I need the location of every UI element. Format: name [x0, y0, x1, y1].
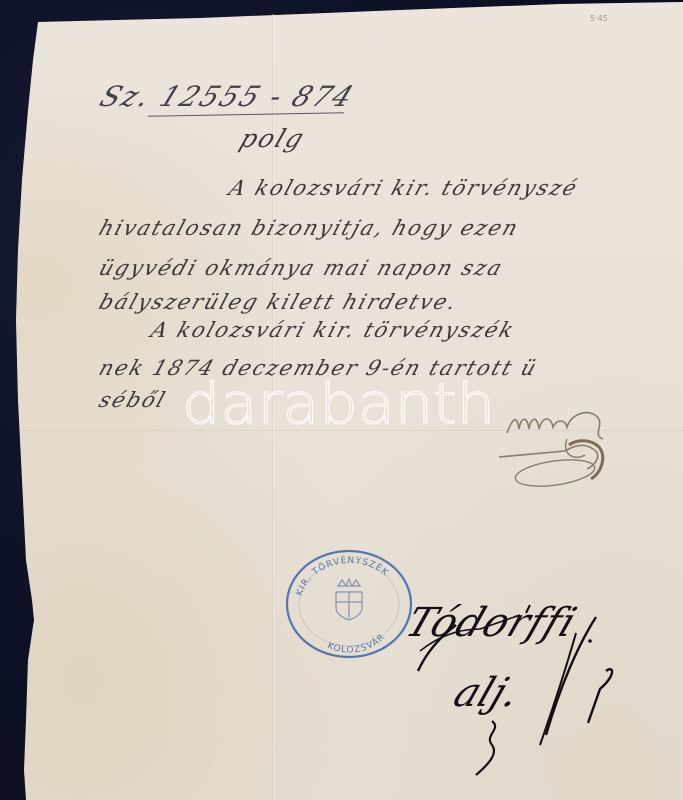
- coat-of-arms-icon: [336, 579, 362, 620]
- reference-number: Sz. 12555 - 874: [95, 80, 360, 113]
- body-line-3: ügyvédi okmánya mai napon sza: [96, 256, 507, 280]
- signature-name: Tódorffi: [400, 600, 584, 646]
- watermark: darabanth: [182, 372, 495, 437]
- body-line-7: séből: [96, 388, 170, 412]
- body-line-2: hivatalosan bizonyitja, hogy ezen: [96, 216, 523, 240]
- reference-department: polg: [236, 124, 310, 153]
- pencil-signature: [495, 395, 620, 490]
- body-line-5: A kolozsvári kir. törvényszék: [148, 318, 518, 342]
- svg-text:KIR. TÖRVÉNYSZÉK: KIR. TÖRVÉNYSZÉK: [295, 554, 391, 597]
- body-line-1: A kolozsvári kir. törvényszé: [226, 176, 582, 200]
- body-line-4: bályszerüleg kilett hirdetve.: [96, 290, 461, 314]
- court-stamp: KIR. TÖRVÉNYSZÉK KOLOZSVÁR: [282, 546, 416, 662]
- corner-pencil-mark: 5·45: [590, 14, 608, 23]
